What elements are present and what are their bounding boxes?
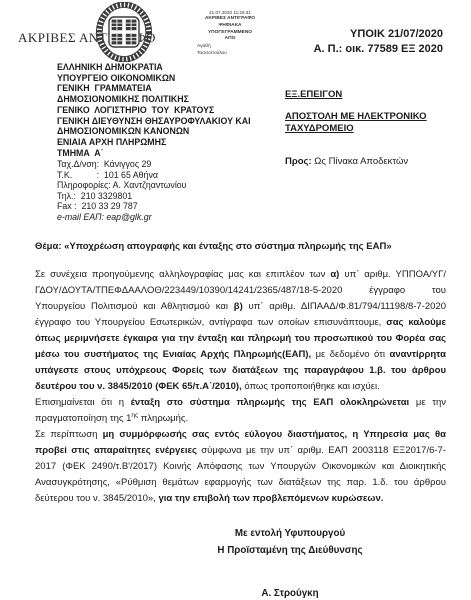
body-text: Σε συνέχεια προηγούμενης αλληλογραφίας μ… — [35, 269, 330, 280]
to-label: Προς: — [285, 156, 312, 167]
contact-line: e-mail ΕΑΠ: eap@glk.gr — [57, 212, 187, 223]
greek-national-emblem-icon — [96, 2, 152, 67]
closing-line: Η Προϊσταμένη της Διεύθυνσης — [140, 543, 440, 560]
body-text: όπως τροποποιήθηκε και ισχύει. — [242, 381, 380, 392]
agency-line: ΓΕΝΙΚΗ ΓΡΑΜΜΑΤΕΙΑ — [57, 83, 251, 94]
contact-block: Ταχ.Δ/νση: Κάνιγγος 29Τ.Κ. : 101 65 Αθήν… — [57, 159, 187, 222]
agency-line: ΕΛΛΗΝΙΚΗ ΔΗΜΟΚΡΑΤΙΑ — [57, 62, 251, 73]
contact-line: Ταχ.Δ/νση: Κάνιγγος 29 — [57, 159, 187, 170]
to-value: Ως Πίνακα Αποδεκτών — [314, 156, 408, 167]
delivery-method-line1: ΑΠΟΣΤΟΛΗ ΜΕ ΗΛΕΚΤΡΟΝΙΚΟ — [285, 111, 455, 123]
body-text-bold: β) — [234, 301, 243, 312]
agency-line: ΔΗΜΟΣΙΟΝΟΜΙΚΗΣ ΠΟΛΙΤΙΚΗΣ — [57, 94, 251, 105]
body-text: Σε περίπτωση — [35, 429, 103, 440]
agency-block: ΕΛΛΗΝΙΚΗ ΔΗΜΟΚΡΑΤΙΑΥΠΟΥΡΓΕΙΟ ΟΙΚΟΝΟΜΙΚΩΝ… — [57, 62, 251, 158]
body-text-bold: για την επιβολή των προβλεπόμενων κυρώσε… — [158, 493, 383, 504]
digital-signature-line: ΑΠΟ — [197, 36, 263, 43]
protocol-number: Α. Π.: οικ. 77589 ΕΞ 2020 — [314, 42, 443, 57]
digital-signature-line: ΨΗΦΙΑΚΑ — [197, 23, 263, 30]
subject-line: Θέμα: «Υποχρέωση απογραφής και ένταξης σ… — [35, 241, 455, 252]
body-text: με δεδομένο ότι — [311, 349, 389, 360]
body-paragraph: Σε συνέχεια προηγούμενης αλληλογραφίας μ… — [35, 267, 446, 395]
urgency-label: ΕΞ.ΕΠΕΙΓΟΝ — [285, 89, 455, 100]
closing-block: Με εντολή ΥφυπουργούΗ Προϊσταμένη της Δι… — [140, 526, 440, 600]
subject-text: «Υποχρέωση απογραφής και ένταξης στο σύσ… — [64, 241, 391, 252]
agency-line: ΥΠΟΥΡΓΕΙΟ ΟΙΚΟΝΟΜΙΚΩΝ — [57, 73, 251, 84]
contact-line: Fax : 210 33 29 787 — [57, 201, 187, 212]
digital-signature-block: 21.07.2020 11:26:31ΑΚΡΙΒΕΣ ΑΝΤΙΓΡΑΦΟΨΗΦΙ… — [197, 10, 263, 58]
agency-line: ΤΜΗΜΑ Α΄ — [57, 148, 251, 159]
agency-line: ΓΕΝΙΚΟ ΛΟΓΙΣΤΗΡΙΟ ΤΟΥ ΚΡΑΤΟΥΣ — [57, 105, 251, 116]
digital-signature-line: Τασσοπούλου — [197, 51, 263, 58]
body-paragraph: Επισημαίνεται ότι η ένταξη στο σύστημα π… — [35, 395, 446, 427]
routing-block: ΕΞ.ΕΠΕΙΓΟΝ ΑΠΟΣΤΟΛΗ ΜΕ ΗΛΕΚΤΡΟΝΙΚΟ ΤΑΧΥΔ… — [285, 89, 455, 167]
ministry-date: ΥΠΟΙΚ 21/07/2020 — [314, 27, 443, 42]
delivery-method: ΑΠΟΣΤΟΛΗ ΜΕ ΗΛΕΚΤΡΟΝΙΚΟ ΤΑΧΥΔΡΟΜΕΙΟ — [285, 111, 455, 134]
contact-line: Τ.Κ. : 101 65 Αθήνα — [57, 170, 187, 181]
agency-line: ΓΕΝΙΚΗ ΔΙΕΥΘΥΝΣΗ ΘΗΣΑΥΡΟΦΥΛΑΚΙΟΥ ΚΑΙ — [57, 116, 251, 127]
signer-name: Α. Στρούγκη — [140, 586, 440, 600]
reference-block: ΥΠΟΙΚ 21/07/2020 Α. Π.: οικ. 77589 ΕΞ 20… — [314, 27, 443, 57]
delivery-method-line2: ΤΑΧΥΔΡΟΜΕΙΟ — [285, 123, 455, 135]
body-text-bold: ένταξη στο σύστημα πληρωμής της ΕΑΠ ολοκ… — [131, 397, 410, 408]
agency-line: ΔΗΜΟΣΙΟΝΟΜΙΚΩΝ ΚΑΝΟΝΩΝ — [57, 126, 251, 137]
subject-label: Θέμα: — [35, 241, 62, 252]
agency-line: ΕΝΙΑΙΑ ΑΡΧΗ ΠΛΗΡΩΜΗΣ — [57, 137, 251, 148]
body-text: πληρωμής. — [138, 413, 188, 424]
contact-line: Πληροφορίες: Α. Χαντζηαντωνίου — [57, 180, 187, 191]
body-text-bold: α) — [330, 269, 339, 280]
contact-line: Τηλ.: 210 3329801 — [57, 191, 187, 202]
recipients-line: Προς: Ως Πίνακα Αποδεκτών — [285, 156, 455, 167]
body-paragraph: Σε περίπτωση μη συμμόρφωσής σας εντός εύ… — [35, 427, 446, 507]
document-page: ΑΚΡΙΒΕΣ ΑΝΤΙΓΡΑΦΟ 21.07.2020 11:26:31ΑΚΡ… — [0, 0, 471, 600]
closing-line: Με εντολή Υφυπουργού — [140, 526, 440, 543]
digital-signature-line: ΑΚΡΙΒΕΣ ΑΝΤΙΓΡΑΦΟ — [197, 16, 263, 23]
letter-body: Σε συνέχεια προηγούμενης αλληλογραφίας μ… — [35, 267, 446, 507]
digital-signature-line: Αγαθή — [197, 44, 263, 51]
body-text: Επισημαίνεται ότι η — [35, 397, 131, 408]
closing-lines: Με εντολή ΥφυπουργούΗ Προϊσταμένη της Δι… — [140, 526, 440, 559]
